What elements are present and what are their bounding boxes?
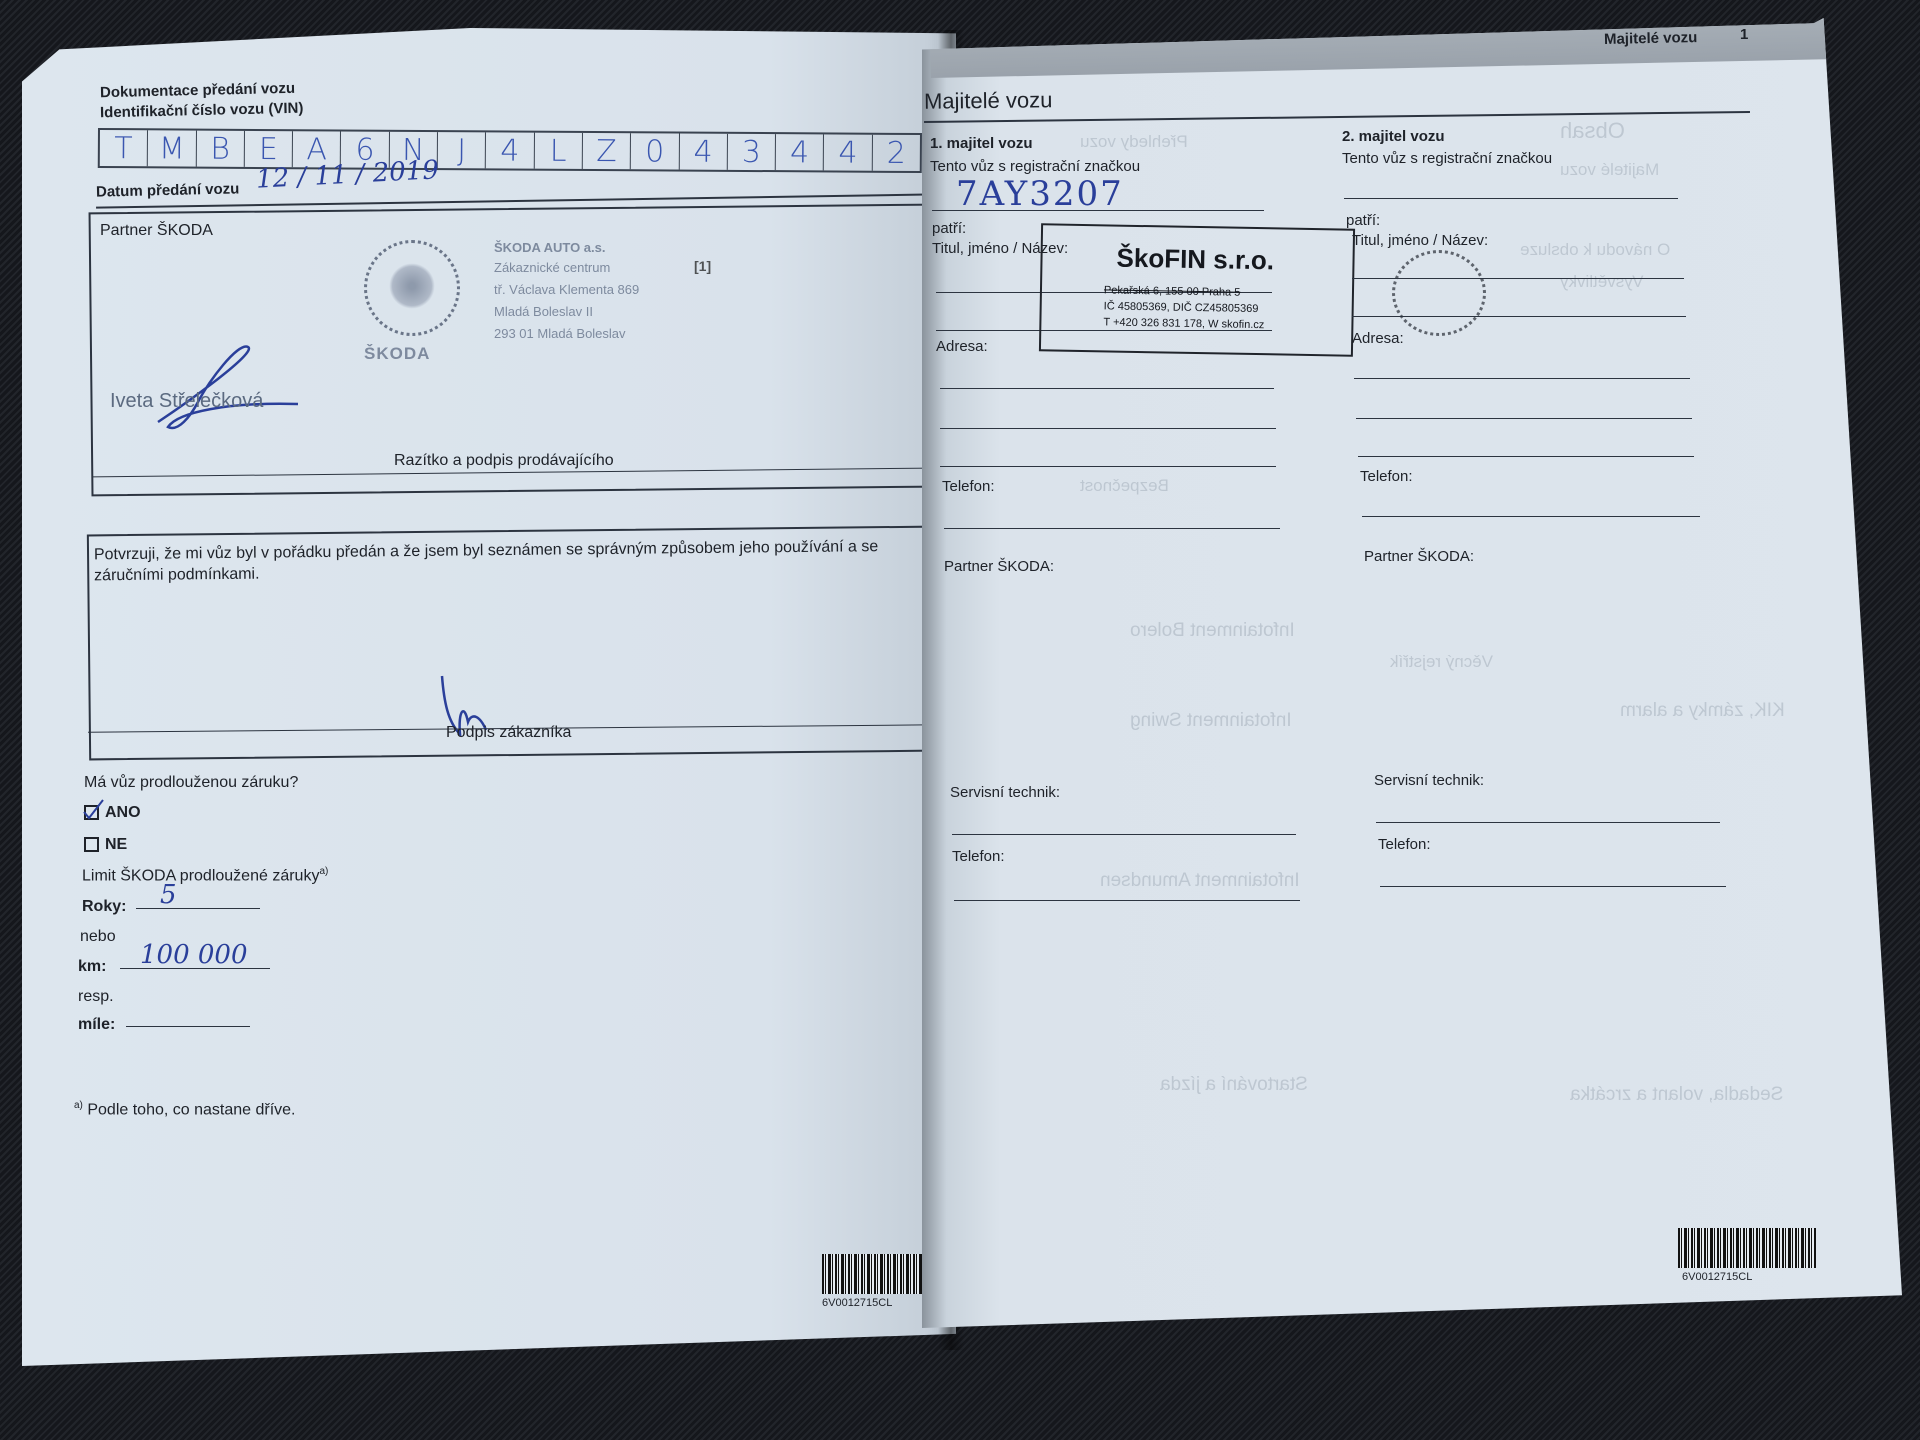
stamp-mark: [1] — [694, 258, 711, 274]
owner1-partner-label: Partner ŠKODA: — [944, 558, 1054, 575]
owner1-plate-value[interactable]: 7AY3207 — [956, 174, 1124, 214]
owner1-address-line[interactable] — [940, 466, 1276, 467]
owner1-technician-line[interactable] — [952, 834, 1296, 835]
barcode-right-text: 6V0012715CL — [1682, 1271, 1752, 1283]
handover-date-label: Datum předání vozu — [96, 180, 240, 200]
owner2-technician-line[interactable] — [1376, 822, 1720, 823]
show-through-text: Startování a jízda — [1160, 1074, 1308, 1096]
vin-cell[interactable]: 4 — [824, 134, 873, 170]
vin-cell[interactable]: 4 — [679, 134, 728, 170]
owner2-heading: 2. majitel vozu — [1342, 128, 1445, 145]
barcode-right — [1678, 1228, 1816, 1268]
owner1-technician-phone-label: Telefon: — [952, 848, 1005, 865]
vin-cell[interactable]: L — [534, 133, 583, 169]
option-yes[interactable]: ANO — [84, 804, 141, 822]
checkbox-yes[interactable] — [84, 805, 99, 820]
owner1-address-line[interactable] — [940, 428, 1276, 429]
vin-cell[interactable]: 2 — [873, 135, 921, 171]
owner2-plate-label: Tento vůz s registrační značkou — [1342, 150, 1552, 167]
vin-cell[interactable]: M — [148, 130, 197, 166]
owner2-technician-label: Servisní technik: — [1374, 772, 1484, 789]
owner2-belongs-label: patří: — [1346, 212, 1380, 229]
miles-underline[interactable] — [126, 1026, 250, 1027]
show-through-text: Infotainment Amundsen — [1100, 870, 1300, 892]
owner2-partner-label: Partner ŠKODA: — [1364, 548, 1474, 565]
limit-label: Limit ŠKODA prodloužené zárukya) — [82, 866, 328, 885]
option-no-label: NE — [105, 836, 127, 853]
owner1-technician-label: Servisní technik: — [950, 784, 1060, 801]
stamp-line2: tř. Václava Klementa 869 — [494, 282, 639, 297]
owner1-plate-label: Tento vůz s registrační značkou — [930, 158, 1140, 175]
owner1-phone-line[interactable] — [944, 528, 1280, 529]
vin-cell[interactable]: Z — [583, 133, 632, 169]
vin-cell[interactable]: 3 — [728, 134, 777, 170]
owner2-phone-line[interactable] — [1362, 516, 1700, 517]
page-number: 1 — [1740, 26, 1748, 43]
round-stamp-icon — [1392, 250, 1486, 336]
vin-cell[interactable]: E — [245, 131, 294, 167]
owner2-plate-line[interactable] — [1344, 198, 1678, 199]
customer-signature-caption: Podpis zákazníka — [446, 724, 571, 742]
skofin-stamp: ŠkoFIN s.r.o. Pekařská 6, 155 00 Praha 5… — [1039, 223, 1355, 356]
years-value[interactable]: 5 — [160, 880, 177, 910]
show-through-text: KIK, zámky a alarm — [1620, 700, 1785, 722]
confirmation-text: Potvrzuji, že mi vůz byl v pořádku předá… — [94, 536, 924, 587]
right-page — [922, 18, 1902, 1328]
stamp-line3: Mladá Boleslav II — [494, 304, 593, 319]
vin-cell[interactable]: J — [438, 132, 487, 168]
stamp-company: ŠKODA AUTO a.s. — [494, 240, 605, 255]
owner1-belongs-label: patří: — [932, 220, 966, 237]
page-title: Majitelé vozu — [924, 87, 1053, 115]
owner2-name-label: Titul, jméno / Název: — [1352, 232, 1488, 249]
checkbox-no[interactable] — [84, 837, 99, 852]
vin-cell[interactable]: T — [100, 130, 149, 166]
show-through-text: Vysvětlivky — [1560, 272, 1643, 292]
vin-field[interactable]: TMBEA6NJ4LZ043442 — [98, 128, 922, 173]
option-yes-label: ANO — [105, 804, 141, 821]
owner1-technician-phone-line[interactable] — [954, 900, 1300, 901]
km-label: km: — [78, 958, 106, 976]
seller-stamp-caption: Razítko a podpis prodávajícího — [394, 452, 614, 470]
owner2-name-line[interactable] — [1352, 316, 1686, 317]
owner2-address-line[interactable] — [1358, 456, 1694, 457]
skoda-logo-stamp-icon — [364, 240, 460, 336]
owner1-phone-label: Telefon: — [942, 478, 995, 495]
miles-label: míle: — [78, 1016, 115, 1034]
km-value[interactable]: 100 000 — [140, 940, 248, 970]
owner1-address-line[interactable] — [940, 388, 1274, 389]
vin-cell[interactable]: 4 — [486, 132, 535, 168]
owner2-address-line[interactable] — [1356, 418, 1692, 419]
owner2-address-line[interactable] — [1354, 378, 1690, 379]
owner2-technician-phone-line[interactable] — [1380, 886, 1726, 887]
partner-label: Partner ŠKODA — [100, 222, 213, 240]
stamp-brand: ŠKODA — [364, 344, 430, 364]
running-header-band — [930, 18, 1896, 78]
show-through-text: Věcný rejstřík — [1390, 652, 1493, 672]
show-through-text: Obsah — [1560, 118, 1625, 144]
owner1-address-label: Adresa: — [936, 338, 988, 355]
show-through-text: Bezpečnost — [1080, 476, 1169, 496]
stamp-line4: 293 01 Mladá Boleslav — [494, 326, 626, 341]
show-through-text: Infotainment Bolero — [1130, 620, 1295, 642]
show-through-text: Sedadla, volant a zrcátka — [1570, 1084, 1783, 1106]
show-through-text: Infotainment Swing — [1130, 710, 1292, 732]
show-through-text: O návodu k obsluze — [1520, 240, 1670, 260]
years-label: Roky: — [82, 898, 126, 916]
owner2-technician-phone-label: Telefon: — [1378, 836, 1431, 853]
seller-name: Iveta Střelečková — [110, 390, 263, 413]
owner2-phone-label: Telefon: — [1360, 468, 1413, 485]
warranty-question: Má vůz prodlouženou záruku? — [84, 774, 298, 792]
vin-cell[interactable]: 0 — [631, 133, 680, 169]
vin-cell[interactable]: B — [196, 131, 245, 167]
owner2-name-line[interactable] — [1352, 278, 1684, 279]
show-through-text: Přehledy vozu — [1080, 132, 1188, 152]
seller-signature — [148, 342, 258, 432]
resp-label: resp. — [78, 988, 114, 1006]
years-underline — [136, 908, 260, 909]
running-header-title: Majitelé vozu — [1604, 29, 1698, 48]
vin-cell[interactable]: 4 — [776, 134, 825, 170]
show-through-text: Majitelé vozu — [1560, 160, 1659, 180]
owner1-plate-underline — [932, 210, 1264, 211]
footnote: a) Podle toho, co nastane dříve. — [74, 1100, 296, 1119]
barcode-left-text: 6V0012715CL — [822, 1297, 892, 1309]
stamp-line1: Zákaznické centrum — [494, 260, 610, 275]
option-no[interactable]: NE — [84, 836, 127, 854]
or-label: nebo — [80, 928, 116, 946]
owner2-address-label: Adresa: — [1352, 330, 1404, 347]
owner1-heading: 1. majitel vozu — [930, 135, 1033, 152]
